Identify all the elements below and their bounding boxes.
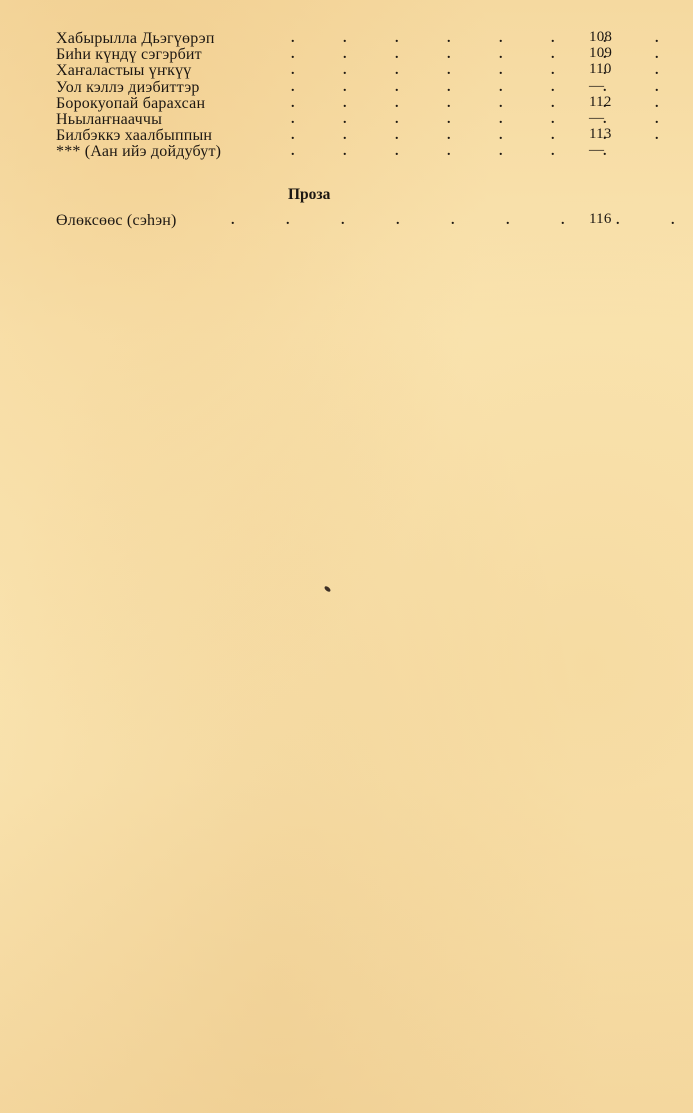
dot-leader: . . . . . . . . . . xyxy=(231,213,561,229)
toc-entry: Уол кэллэ диэбиттэр . . . . . . . . — xyxy=(56,80,616,96)
toc-entry-page: — xyxy=(589,78,604,94)
toc-entry-title: Билбэккэ хаалбыппын xyxy=(56,128,212,144)
toc-entry: Борокуопай барахсан . . . . . . . . 112 xyxy=(56,96,616,112)
toc-entry-title: Борокуопай барахсан xyxy=(56,96,205,112)
toc-entry-page: 110 xyxy=(589,61,612,77)
section-heading: Проза xyxy=(288,186,330,204)
toc-entry-title: Ньылаҥнааччы xyxy=(56,112,162,128)
toc-entry-page: — xyxy=(589,110,604,126)
dot-leader: . . . . . . . . . xyxy=(291,112,621,128)
toc-entry: *** (Аан ийэ дойдубут) . . . . . . . — xyxy=(56,144,616,160)
toc-entry: Биһи күндү сэгэрбит . . . . . . . . 109 xyxy=(56,47,616,63)
toc-entry-page: — xyxy=(589,142,604,158)
dot-leader: . . . . . . . . xyxy=(291,31,621,47)
toc-entry-page: 113 xyxy=(589,126,612,142)
toc-entry-title: *** (Аан ийэ дойдубут) xyxy=(56,144,221,160)
paper-speck xyxy=(324,585,332,593)
toc-entry-title: Уол кэллэ диэбиттэр xyxy=(56,80,200,96)
toc-entry-page: 112 xyxy=(589,94,612,110)
toc-entry: Билбэккэ хаалбыппын . . . . . . . . 113 xyxy=(56,128,616,144)
toc-entry-title: Өлөксөөс (сэһэн) xyxy=(56,213,177,229)
toc-entry: Ньылаҥнааччы . . . . . . . . . — xyxy=(56,112,616,128)
toc-list: Хабырылла Дьэгүөрэп . . . . . . . . 108 … xyxy=(56,31,616,161)
dot-leader: . . . . . . . . xyxy=(291,47,621,63)
toc-entry-page: 109 xyxy=(589,45,612,61)
book-page: Хабырылла Дьэгүөрэп . . . . . . . . 108 … xyxy=(0,0,693,1113)
toc-entry-page: 116 xyxy=(589,211,612,227)
toc-entry-title: Биһи күндү сэгэрбит xyxy=(56,47,202,63)
prose-list: Өлөксөөс (сэһэн) . . . . . . . . . . 116 xyxy=(56,213,616,229)
toc-entry-title: Хабырылла Дьэгүөрэп xyxy=(56,31,215,47)
dot-leader: . . . . . . . . xyxy=(291,63,621,79)
toc-entry: Хабырылла Дьэгүөрэп . . . . . . . . 108 xyxy=(56,31,616,47)
dot-leader: . . . . . . . . xyxy=(291,128,621,144)
toc-entry: Өлөксөөс (сэһэн) . . . . . . . . . . 116 xyxy=(56,213,616,229)
toc-entry-title: Хаҥаластыы үҥкүү xyxy=(56,63,192,79)
toc-entry: Хаҥаластыы үҥкүү . . . . . . . . 110 xyxy=(56,63,616,79)
dot-leader: . . . . . . . xyxy=(291,144,621,160)
dot-leader: . . . . . . . . xyxy=(291,80,621,96)
toc-entry-page: 108 xyxy=(589,29,612,45)
dot-leader: . . . . . . . . xyxy=(291,96,621,112)
